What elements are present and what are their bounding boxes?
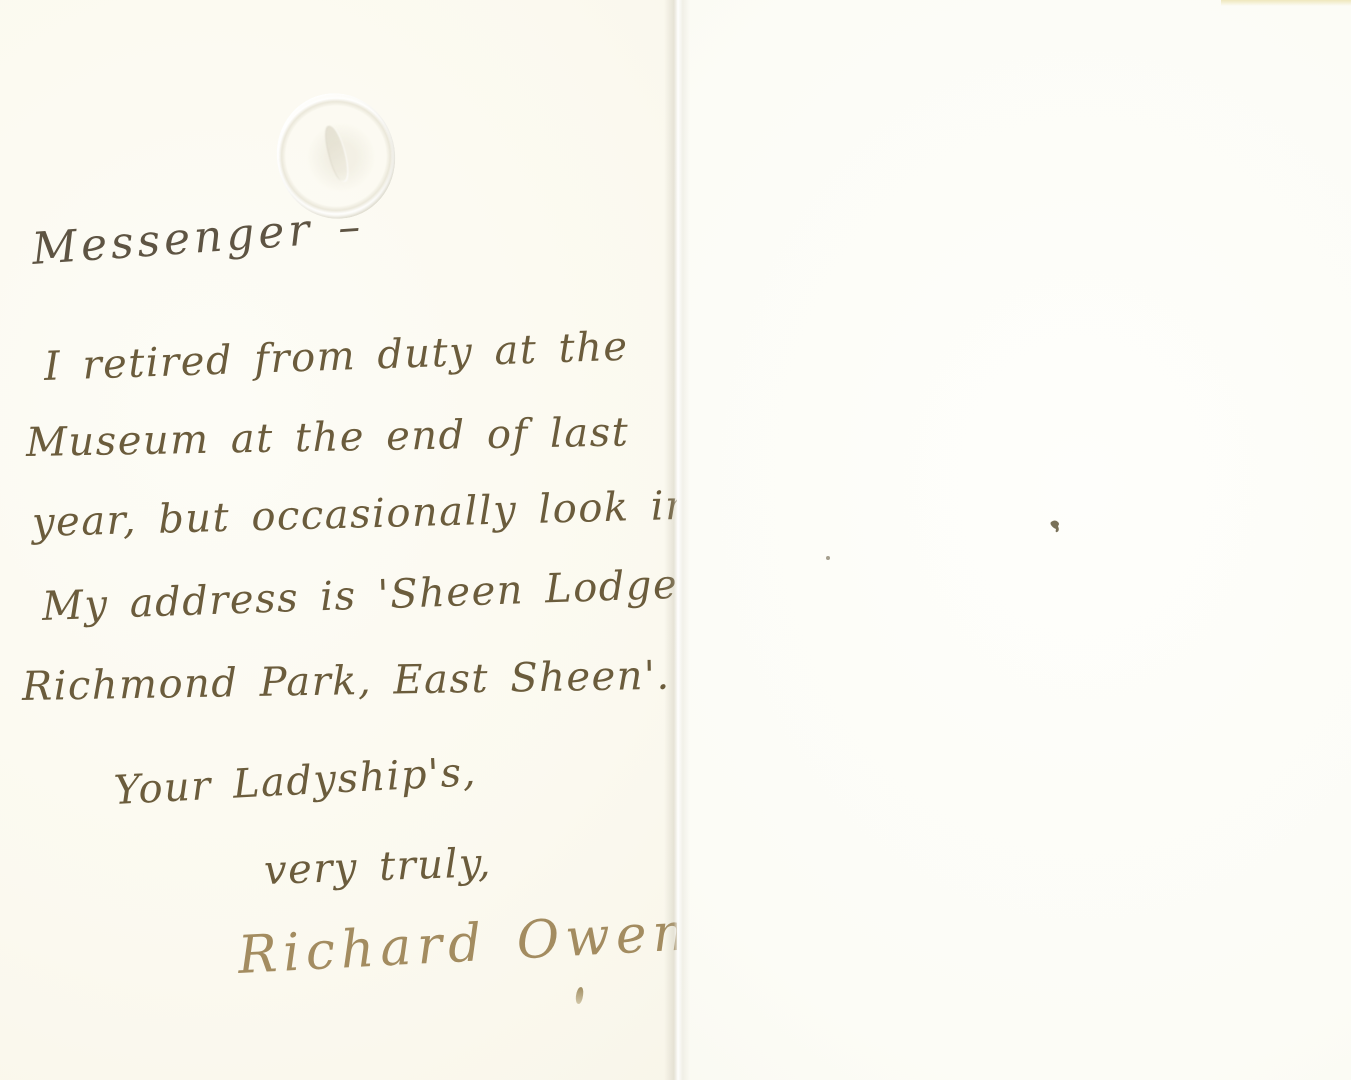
letter-right-page xyxy=(677,0,1351,1080)
body-line: My address is 'Sheen Lodge, xyxy=(41,561,693,630)
body-line: year, but occasionally look in. xyxy=(31,482,707,546)
handwritten-letter-scan: Messenger – I retired from duty at the M… xyxy=(0,0,1351,1080)
closing-line: very truly, xyxy=(263,840,492,894)
closing-line: Your Ladyship's, xyxy=(113,749,478,814)
body-line: I retired from duty at the xyxy=(43,324,629,390)
signature: Richard Owen xyxy=(236,902,693,986)
body-line: Richmond Park, East Sheen'. xyxy=(22,653,671,710)
ink-dot xyxy=(826,556,830,560)
salutation-line: Messenger – xyxy=(30,201,366,275)
body-line: Museum at the end of last xyxy=(26,409,630,466)
letter-left-page: Messenger – I retired from duty at the M… xyxy=(0,0,677,1080)
